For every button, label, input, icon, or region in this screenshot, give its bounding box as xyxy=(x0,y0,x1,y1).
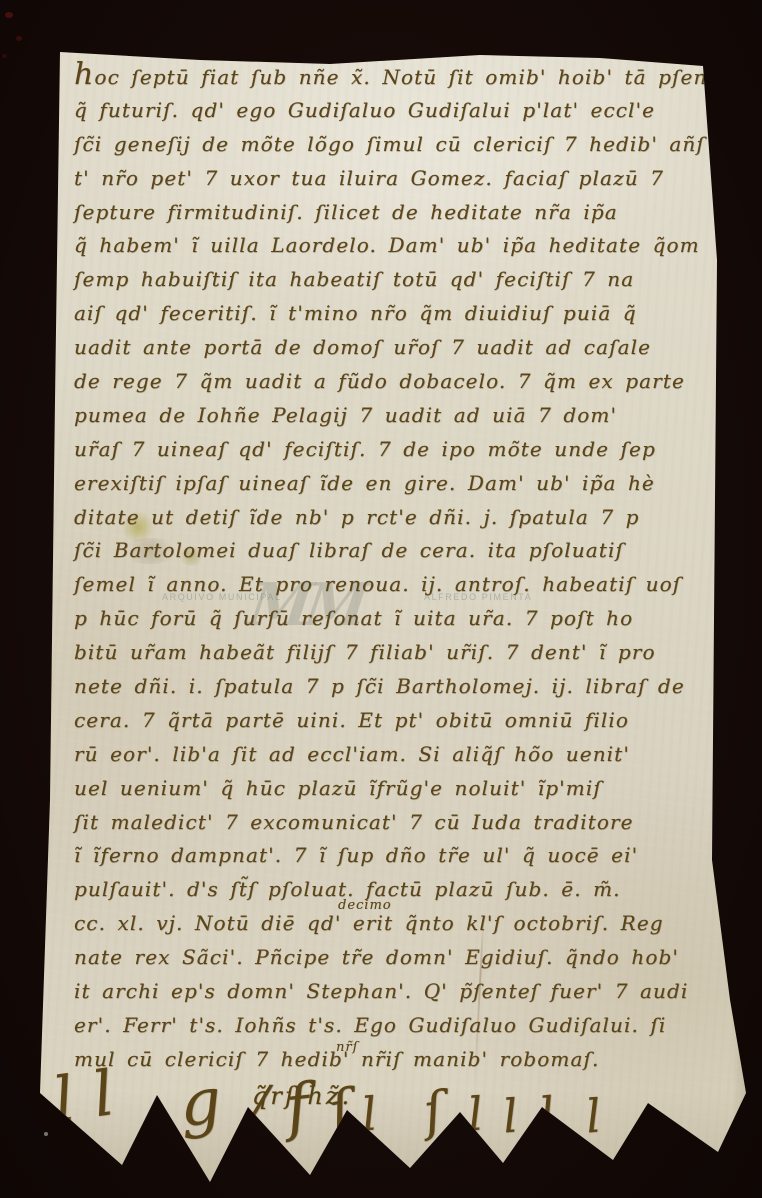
chirograph-letter-fragment: / xyxy=(251,1083,270,1122)
dust-speck xyxy=(16,36,22,41)
manuscript-line: ſit maledict' 7 excomunicat' 7 cū Iuda t… xyxy=(74,806,734,840)
chirograph-letter-fragment: l l xyxy=(51,1068,117,1125)
chirograph-letter-fragment: l xyxy=(502,1098,519,1136)
manuscript-line: ſepture firmitudiniſ. ſilicet de heditat… xyxy=(74,196,734,230)
manuscript-line: mul cū clericiſ 7 hedib' nr̃iſ manib' ro… xyxy=(74,1043,734,1077)
manuscript-line: hoc ſeptū fiat ſub nñe x̃. Notū ſit omib… xyxy=(74,60,734,94)
manuscript-line: pumea de Iohñe Pelagij 7 uadit ad uiā 7 … xyxy=(74,399,734,433)
manuscript-line: de rege 7 q̃m uadit a fũdo dobacelo. 7 q… xyxy=(74,365,734,399)
manuscript-line: p hūc forū q̃ ſurſū reſonat ĩ uita ur̃a.… xyxy=(74,602,734,636)
dust-speck xyxy=(44,1132,48,1136)
manuscript-line: cera. 7 q̃rtā partē uini. Et pt' obitū o… xyxy=(74,704,734,738)
interlinear-nris: nr̃ſ xyxy=(336,1040,358,1055)
manuscript-line: ĩ ĩferno dampnat'. 7 ĩ ſup dño tr̃e ul' … xyxy=(74,839,734,873)
manuscript-line: q̃ habem' ĩ uilla Laordelo. Dam' ub' ip̃… xyxy=(74,229,734,263)
chirograph-letter-fragment: l xyxy=(538,1095,556,1133)
manuscript-line: cc. xl. vj. Notū diē qd' erit q̃nto kl'ſ… xyxy=(74,907,734,941)
parchment: ARQUIVO MUNICIPAL MM ALFREDO PIMENTA hoc… xyxy=(0,0,762,1198)
manuscript-line: ſc̃i Bartolomei duaſ libraſ de cera. ita… xyxy=(74,534,734,568)
manuscript-line: it archi ep's domn' Stephan'. Q' p̃ſente… xyxy=(74,975,734,1009)
manuscript-line: erexiſtiſ ipſaſ uineaſ ĩde en gire. Dam'… xyxy=(74,467,734,501)
manuscript-line: nete dñi. i. ſpatula 7 p ſc̃i Bartholome… xyxy=(74,670,734,704)
chirograph-letter-fragment: l xyxy=(360,1095,378,1133)
chirograph-letter-fragment: l xyxy=(585,1098,602,1136)
photo-background: ARQUIVO MUNICIPAL MM ALFREDO PIMENTA hoc… xyxy=(0,0,762,1198)
dust-speck xyxy=(2,54,7,58)
manuscript-line: rū eor'. lib'a ſit ad eccl'iam. Si aliq̃… xyxy=(74,738,734,772)
manuscript-line: pulſauit'. d's ſt̃ſ pſoluat. factū plazū… xyxy=(74,873,734,907)
manuscript-line: nate rex Sãci'. Pñcipe tr̃e domn' Egidiu… xyxy=(74,941,734,975)
manuscript-line: bitū ur̃am habeãt filijſ 7 filiab' ur̃iſ… xyxy=(74,636,734,670)
manuscript-line: ſemel ĩ anno. Et pro renoua. ij. antroſ.… xyxy=(74,568,734,602)
manuscript-line: ſemp habuiſtiſ ita habeatiſ totū qd' fec… xyxy=(74,263,734,297)
manuscript-line: uadit ante portā de domoſ ur̃oſ 7 uadit … xyxy=(74,331,734,365)
manuscript-line: q̃ futuriſ. qd' ego Gudiſaluo Gudiſalui … xyxy=(74,94,734,128)
manuscript-line: uel uenium' q̃ hūc plazū ĩfrũg'e noluit'… xyxy=(74,772,734,806)
manuscript-text: hoc ſeptū fiat ſub nñe x̃. Notū ſit omib… xyxy=(74,60,734,1077)
manuscript-line: er'. Ferr' t's. Iohñs t's. Ego Gudiſaluo… xyxy=(74,1009,734,1043)
manuscript-line: t' nr̃o pet' 7 uxor tua iluira Gomez. fa… xyxy=(74,162,734,196)
dust-speck xyxy=(5,12,13,18)
chirograph-letter-fragment: ſ xyxy=(421,1091,446,1135)
chirograph-letter-fragment: l xyxy=(467,1096,484,1134)
interlinear-decimo: decimo xyxy=(338,898,392,913)
manuscript-line: ur̃aſ 7 uineaſ qd' feciſtiſ. 7 de ipo mõ… xyxy=(74,433,734,467)
chirograph-letter-fragment: g xyxy=(178,1076,223,1131)
manuscript-line: ditate ut detiſ ĩde nb' p rct'e dñi. j. … xyxy=(74,501,734,535)
manuscript-line: aiſ qd' feceritiſ. ĩ t'mino nr̃o q̃m diu… xyxy=(74,297,734,331)
manuscript-line: ſc̃i geneſij de mõte lõgo ſimul cū cleri… xyxy=(74,128,734,162)
